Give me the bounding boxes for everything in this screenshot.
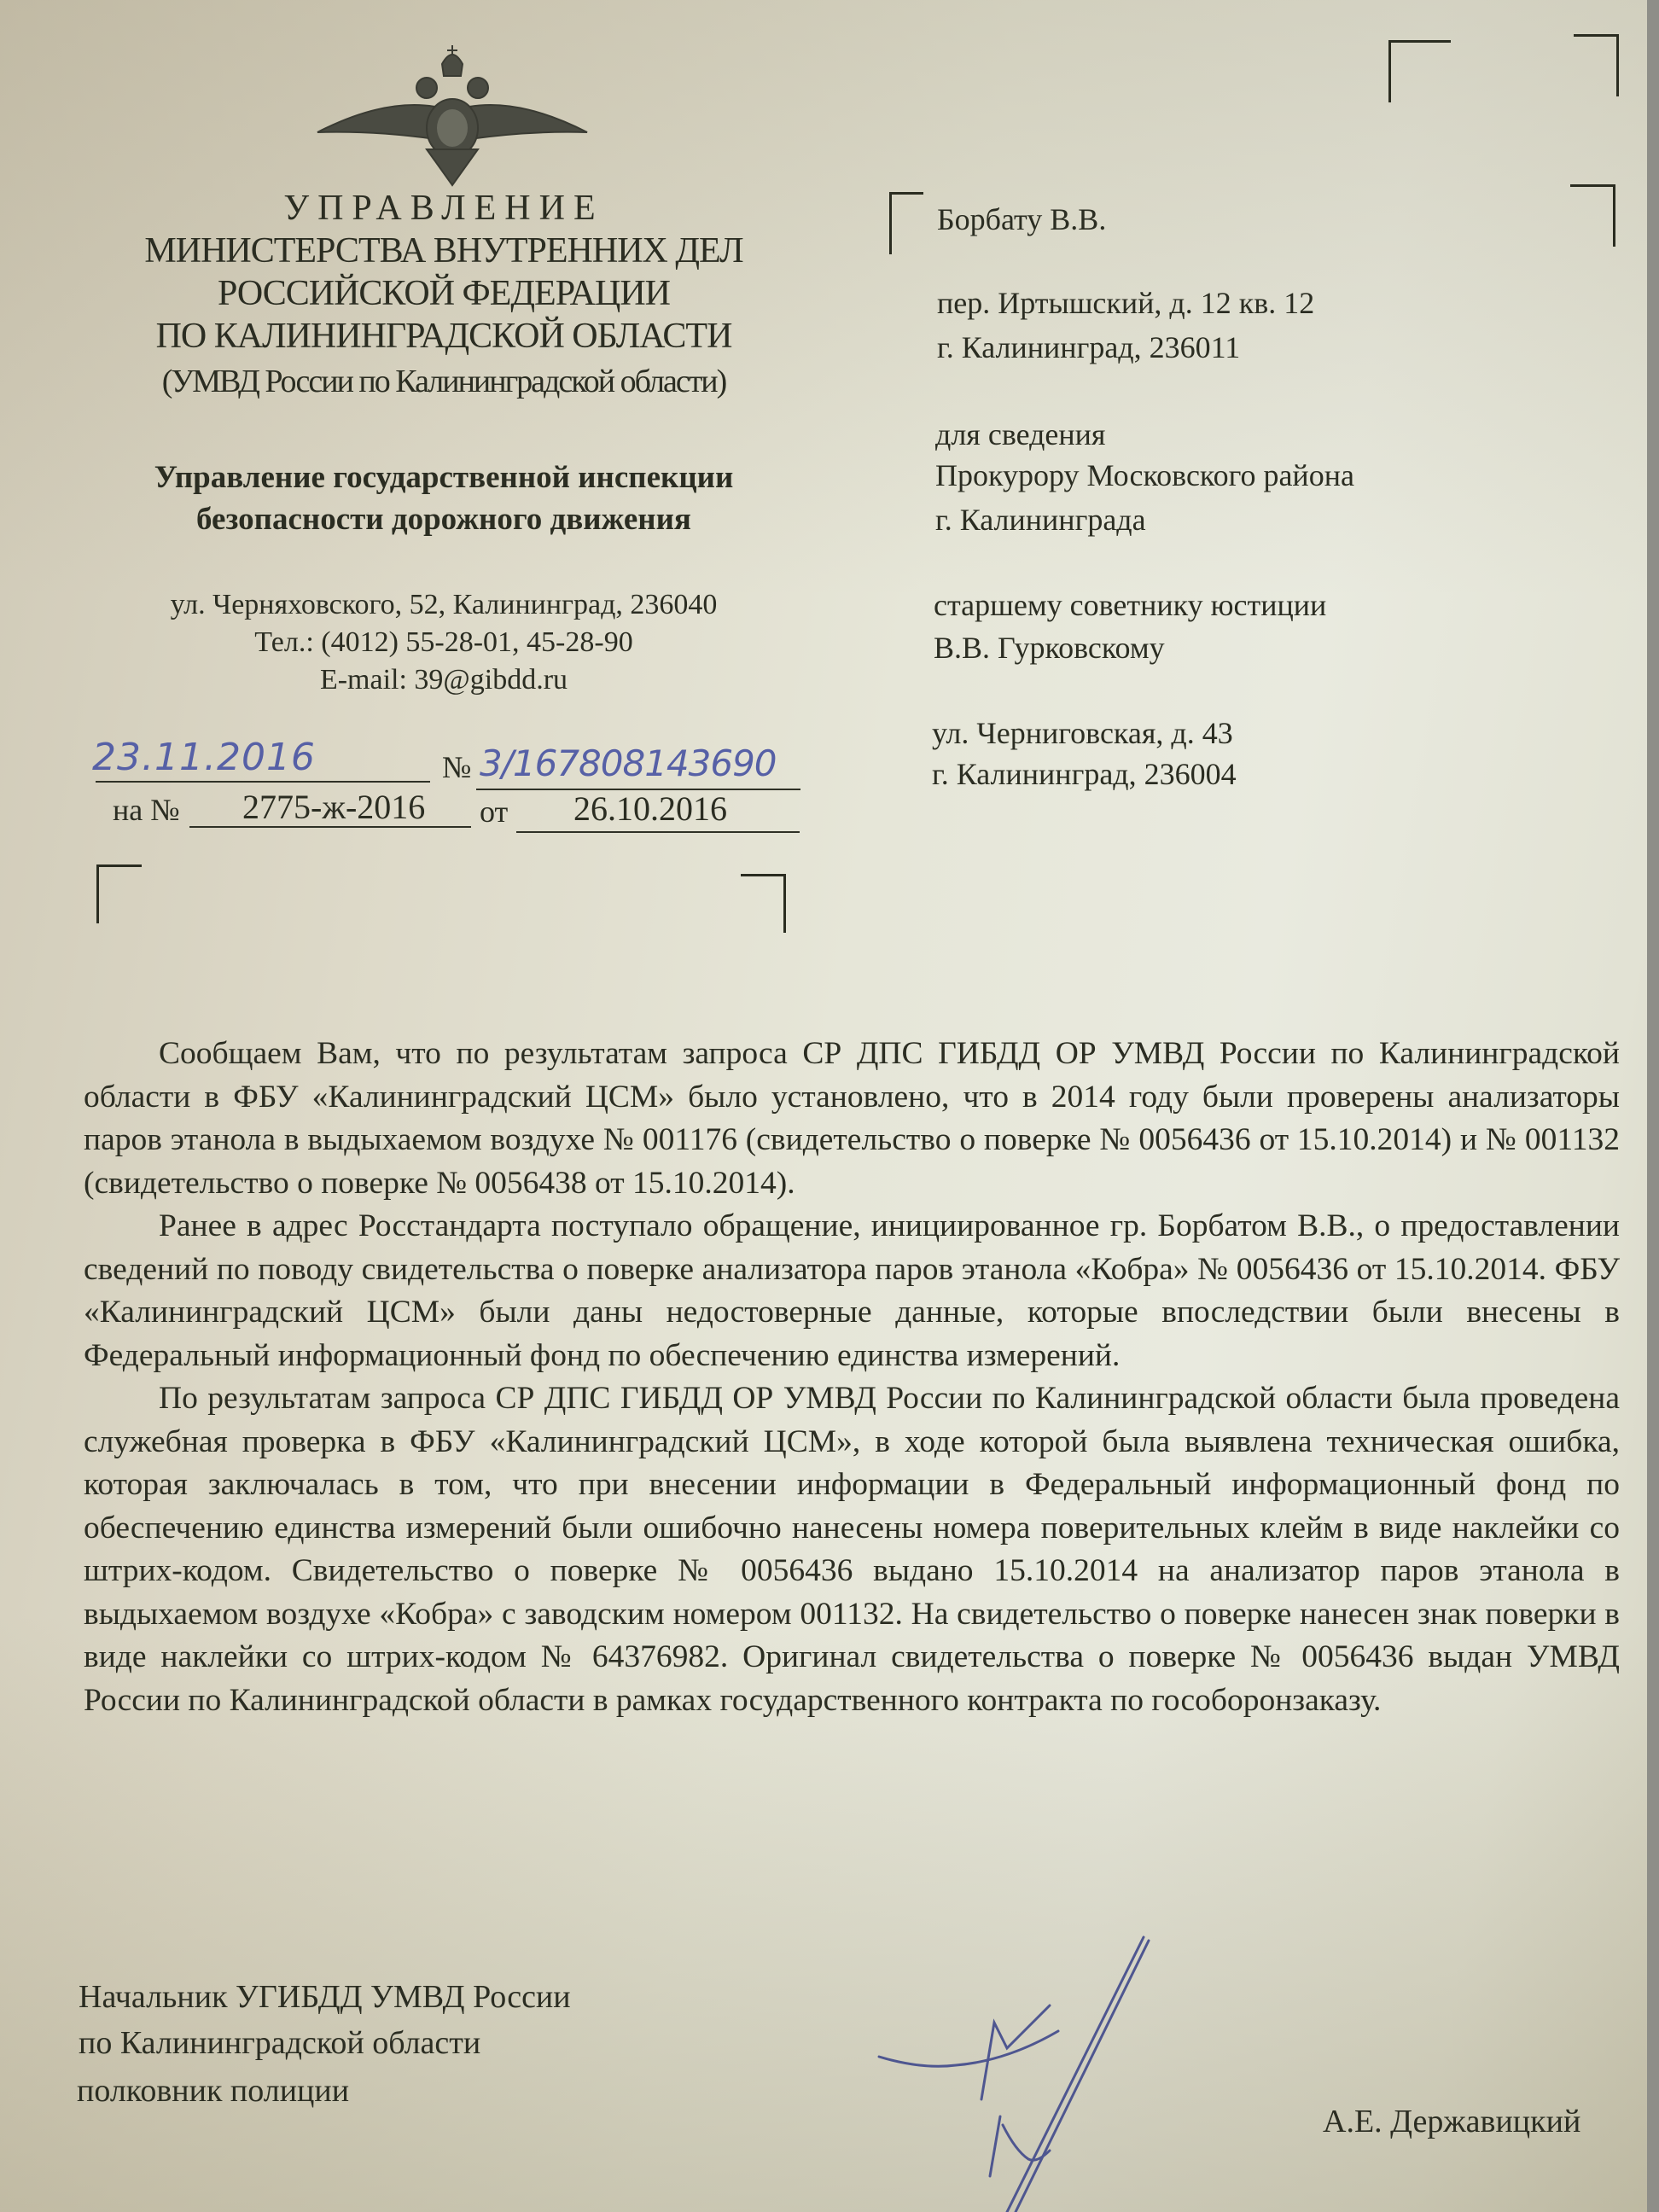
from-label: от — [480, 794, 508, 829]
cc-line2: г. Калининграда — [935, 502, 1146, 538]
body-paragraph: По результатам запроса СР ДПС ГИБДД ОР У… — [84, 1377, 1620, 1722]
signer-name: А.Е. Державицкий — [1323, 2103, 1580, 2140]
signer-rank: полковник полиции — [77, 2072, 349, 2110]
recipient-address-line2: г. Калининград, 236011 — [937, 329, 1240, 365]
mvd-eagle-emblem-icon — [307, 38, 597, 188]
corner-mark-recipient-right — [1570, 184, 1615, 247]
registration-date: 23.11.2016 — [92, 736, 316, 779]
reply-to-number: 2775-ж-2016 — [242, 787, 425, 827]
sender-address: ул. Черняховского, 52, Калининград, 2360… — [85, 589, 802, 621]
from-date: 26.10.2016 — [573, 789, 727, 829]
from-date-underline — [516, 831, 800, 833]
cc-label: для сведения — [935, 416, 1106, 452]
letterhead-federation-line: РОССИЙСКОЙ ФЕДЕРАЦИИ — [85, 273, 802, 314]
corner-mark-top-right — [741, 874, 786, 933]
body-paragraph: Сообщаем Вам, что по результатам запроса… — [84, 1033, 1620, 1205]
letterhead-region-line: ПО КАЛИНИНГРАДСКОЙ ОБЛАСТИ — [85, 316, 802, 357]
corner-mark-top-left — [96, 864, 142, 923]
signer-position-line2: по Калининградской области — [79, 2024, 480, 2062]
page-edge — [1647, 0, 1659, 2212]
handwritten-signature-icon — [853, 1920, 1195, 2212]
department-name-line1: Управление государственной инспекции — [85, 459, 802, 496]
sender-phone: Тел.: (4012) 55-28-01, 45-28-90 — [85, 626, 802, 659]
corner-mark-page-left — [1388, 40, 1451, 102]
sender-email: E-mail: 39@gibdd.ru — [85, 664, 802, 696]
letterhead-abbreviation-line: (УМВД России по Калининградской области) — [85, 363, 802, 400]
registration-number: 3/167808143690 — [480, 742, 777, 784]
corner-mark-page-right — [1574, 34, 1619, 96]
letterhead-title: УПРАВЛЕНИЕ — [85, 188, 802, 229]
cc-rank: старшему советнику юстиции — [934, 587, 1326, 623]
recipient-name: Борбату В.В. — [937, 201, 1106, 237]
department-name-line2: безопасности дорожного движения — [85, 501, 802, 538]
letter-body: Сообщаем Вам, что по результатам запроса… — [84, 1033, 1620, 1722]
number-label: № — [442, 749, 471, 785]
cc-name: В.В. Гурковскому — [934, 630, 1165, 666]
body-paragraph: Ранее в адрес Росстандарта поступало обр… — [84, 1205, 1620, 1377]
letterhead-ministry-line: МИНИСТЕРСТВА ВНУТРЕННИХ ДЕЛ — [85, 230, 802, 271]
reply-number-underline — [189, 826, 471, 828]
reply-to-label: на № — [113, 792, 180, 828]
cc-address-line2: г. Калининград, 236004 — [932, 756, 1237, 792]
recipient-address-line1: пер. Иртышский, д. 12 кв. 12 — [937, 285, 1314, 321]
date-underline — [96, 781, 430, 783]
cc-address-line1: ул. Черниговская, д. 43 — [932, 715, 1233, 751]
cc-line1: Прокурору Московского района — [935, 457, 1354, 493]
signer-position-line1: Начальник УГИБДД УМВД России — [79, 1978, 571, 2016]
corner-mark-recipient-left — [889, 192, 923, 254]
